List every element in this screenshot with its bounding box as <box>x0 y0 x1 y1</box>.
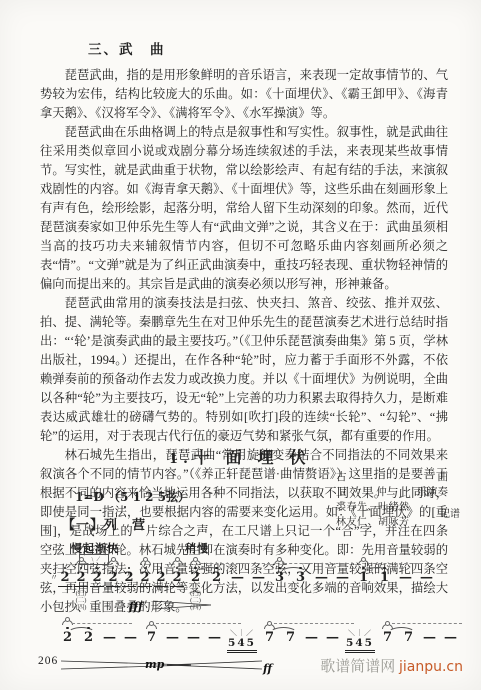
note-digit: 2 <box>90 570 103 587</box>
note-digit: 7 <box>404 630 413 645</box>
dash-glyph: — <box>187 630 200 645</box>
watermark-site-name: 歌谱简谱网 <box>320 659 395 675</box>
note-digit: 2 <box>170 570 183 587</box>
held-beat-dash: — <box>227 558 248 604</box>
note-digit: 2 <box>154 570 167 587</box>
fingering-annotation: (扫)(二)(四) <box>76 591 87 611</box>
octave-dot <box>87 627 90 630</box>
note-digit: 2 <box>212 570 221 585</box>
octave-dot <box>278 567 281 570</box>
held-beat-dash: — <box>332 558 353 604</box>
octave-dot <box>176 567 179 570</box>
note-digit: 1 <box>380 570 389 585</box>
performer-name: 卫 <box>336 485 347 500</box>
held-beat-dash: — <box>311 558 332 604</box>
tuning-note: 5 <box>158 490 166 504</box>
held-beat-dash: — <box>248 558 269 604</box>
held-beat-dash: — <box>395 558 416 604</box>
jianpu-note: 2〃一 <box>57 558 73 604</box>
held-beat-dash: — <box>162 618 183 664</box>
roll-tremolo-icon <box>172 560 183 565</box>
note-digit: 2 <box>58 570 71 587</box>
jianpu-note: 2 <box>57 618 78 664</box>
jianpu-note: 2 <box>206 558 227 604</box>
credit-type-row: 古 曲 <box>336 470 448 485</box>
octave-dot <box>112 567 115 570</box>
octave-dot <box>96 567 99 570</box>
body-paragraph: 琵琶武曲在乐曲格调上的特点是叙事性和写实性。叙事性，就是武曲往往采用类似章回小说… <box>40 123 448 294</box>
dash-glyph: — <box>444 630 457 645</box>
dash-glyph: — <box>231 570 244 585</box>
grace-note-group: ＼｜／545 <box>225 618 259 664</box>
jianpu-note: 2 <box>137 558 153 604</box>
octave-dot <box>299 567 302 570</box>
dash-glyph: — <box>166 630 179 645</box>
jianpu-note: 2 <box>105 558 121 604</box>
note-digit: 2 <box>74 570 87 587</box>
dash-glyph: — <box>124 630 137 645</box>
tuning-close: 弦） <box>166 490 190 504</box>
note-digit: 7 <box>286 630 295 645</box>
grace-digits: 545 <box>227 637 257 653</box>
accent-rays-icon: ＼｜／ <box>348 630 372 637</box>
jianpu-note: 2(扫)(二)(四) <box>185 558 206 604</box>
octave-dot <box>128 567 131 570</box>
dash-glyph: — <box>315 570 328 585</box>
jianpu-note: 2 <box>121 558 137 604</box>
page-number: 206 <box>38 655 58 667</box>
dash-glyph: — <box>326 630 339 645</box>
held-beat-dash: — <box>301 618 322 664</box>
jianpu-note: 1 <box>353 558 374 604</box>
tempo-marking: 稍慢 <box>185 540 209 556</box>
jianpu-note: 2 <box>89 558 105 604</box>
transcriber-line: 裘春先、叶绪然 <box>336 500 432 515</box>
jianpu-note: 2 <box>169 558 185 604</box>
tuning-open: （ <box>108 490 120 504</box>
tuning-note: 5 <box>120 490 128 504</box>
jianpu-note: 7 <box>280 618 301 664</box>
dash-glyph: — <box>336 570 349 585</box>
key-signature: 1=D <box>75 490 104 504</box>
note-digit: 7 <box>147 630 156 645</box>
octave-dot <box>362 567 365 570</box>
fingering-annotation: (扫)(二)(四) <box>190 591 201 611</box>
section-title: 三、武 曲 <box>88 38 448 58</box>
roll-tremolo-icon <box>108 560 119 565</box>
key-signature-line: 1=D （5 1 2 5弦） <box>75 488 190 505</box>
watermark-link[interactable]: jianpu.cn <box>399 659 463 675</box>
credit-type-right: 曲 <box>438 470 449 485</box>
transcriber-names: 裘春先、叶绪然 林友仁、胡咏芳 <box>336 500 432 530</box>
fu-stroke-icon: 〃 <box>50 572 58 583</box>
held-beat-dash: — <box>120 618 141 664</box>
dash-glyph: — <box>103 630 116 645</box>
dash-glyph: — <box>399 570 412 585</box>
body-paragraph: 琵琶武曲，指的是用形象鲜明的音乐语言，来表现一定故事情节的、气势较为宏伟，结构比… <box>40 66 448 123</box>
score-credits: 古 曲 卫 仲 乐演奏 裘春先、叶绪然 林友仁、胡咏芳 记谱 <box>336 470 458 530</box>
jianpu-note: 2 <box>78 618 99 664</box>
note-digit: 2 <box>84 630 93 645</box>
jianpu-note: 2(扫)(二)(四) <box>73 558 89 604</box>
movement-label: 【一】列 营 <box>62 514 146 533</box>
accent-rays-icon: ＼｜／ <box>230 630 254 637</box>
dash-glyph: — <box>420 570 433 585</box>
tuning-note: 2 <box>145 490 153 504</box>
jianpu-note: 3 <box>269 558 290 604</box>
tuning-note: 1 <box>133 490 141 504</box>
jianpu-note: 7 <box>259 618 280 664</box>
transcriber-line: 林友仁、胡咏芳 <box>336 515 432 530</box>
dash-glyph: — <box>252 570 265 585</box>
jianpu-note: 3 <box>290 558 311 604</box>
performer-name: 乐演奏 <box>417 485 449 500</box>
octave-dot <box>160 567 163 570</box>
jianpu-note: 2 <box>153 558 169 604</box>
roll-tremolo-icon <box>140 560 151 565</box>
body-paragraph: 琵琶武曲常用的演奏技法是扫弦、快夹扫、煞音、绞弦、推并双弦、拍、提、满轮等。秦鹏… <box>40 294 448 446</box>
grace-digits: 545 <box>345 637 375 653</box>
credit-performer-row: 卫 仲 乐演奏 <box>336 485 448 500</box>
note-digit: 2 <box>122 570 135 587</box>
fingering-annotation: 一 <box>62 591 69 598</box>
jianpu-note: 7 <box>141 618 162 664</box>
octave-dot <box>64 567 67 570</box>
score-line-1: 慢起渐快 ﹨ ∕ 稍慢 fff 2〃一2(扫)(二)(四)2222222(扫)(… <box>57 558 461 604</box>
jianpu-note: 1 <box>374 558 395 604</box>
roll-tremolo-icon <box>146 624 157 629</box>
octave-dot <box>144 567 147 570</box>
note-digit: 2 <box>138 570 151 587</box>
held-beat-dash: — <box>204 618 225 664</box>
watermark: 歌谱简谱网 jianpu.cn <box>320 655 463 676</box>
octave-dot <box>66 627 69 630</box>
octave-dot <box>194 567 197 570</box>
octave-dot <box>80 567 83 570</box>
dash-glyph: — <box>208 630 221 645</box>
book-page: 三、武 曲 琵琶武曲，指的是用形象鲜明的音乐语言，来表现一定故事情节的、气势较为… <box>0 0 481 690</box>
transcribe-role-label: 记谱 <box>440 507 460 522</box>
dash-glyph: — <box>423 630 436 645</box>
score-title: 1.十 面 埋 伏 <box>0 445 481 468</box>
held-beat-dash: — <box>416 558 437 604</box>
note-digit: 3 <box>296 570 305 585</box>
octave-dot <box>215 567 218 570</box>
note-digit: 2 <box>106 570 119 587</box>
roll-tremolo-icon <box>76 560 87 565</box>
octave-dot <box>383 567 386 570</box>
performer-name: 仲 <box>376 485 387 500</box>
held-beat-dash: — <box>99 618 120 664</box>
held-beat-dash: — <box>183 618 204 664</box>
dash-glyph: — <box>305 630 318 645</box>
credit-type-left: 古 <box>336 470 347 485</box>
